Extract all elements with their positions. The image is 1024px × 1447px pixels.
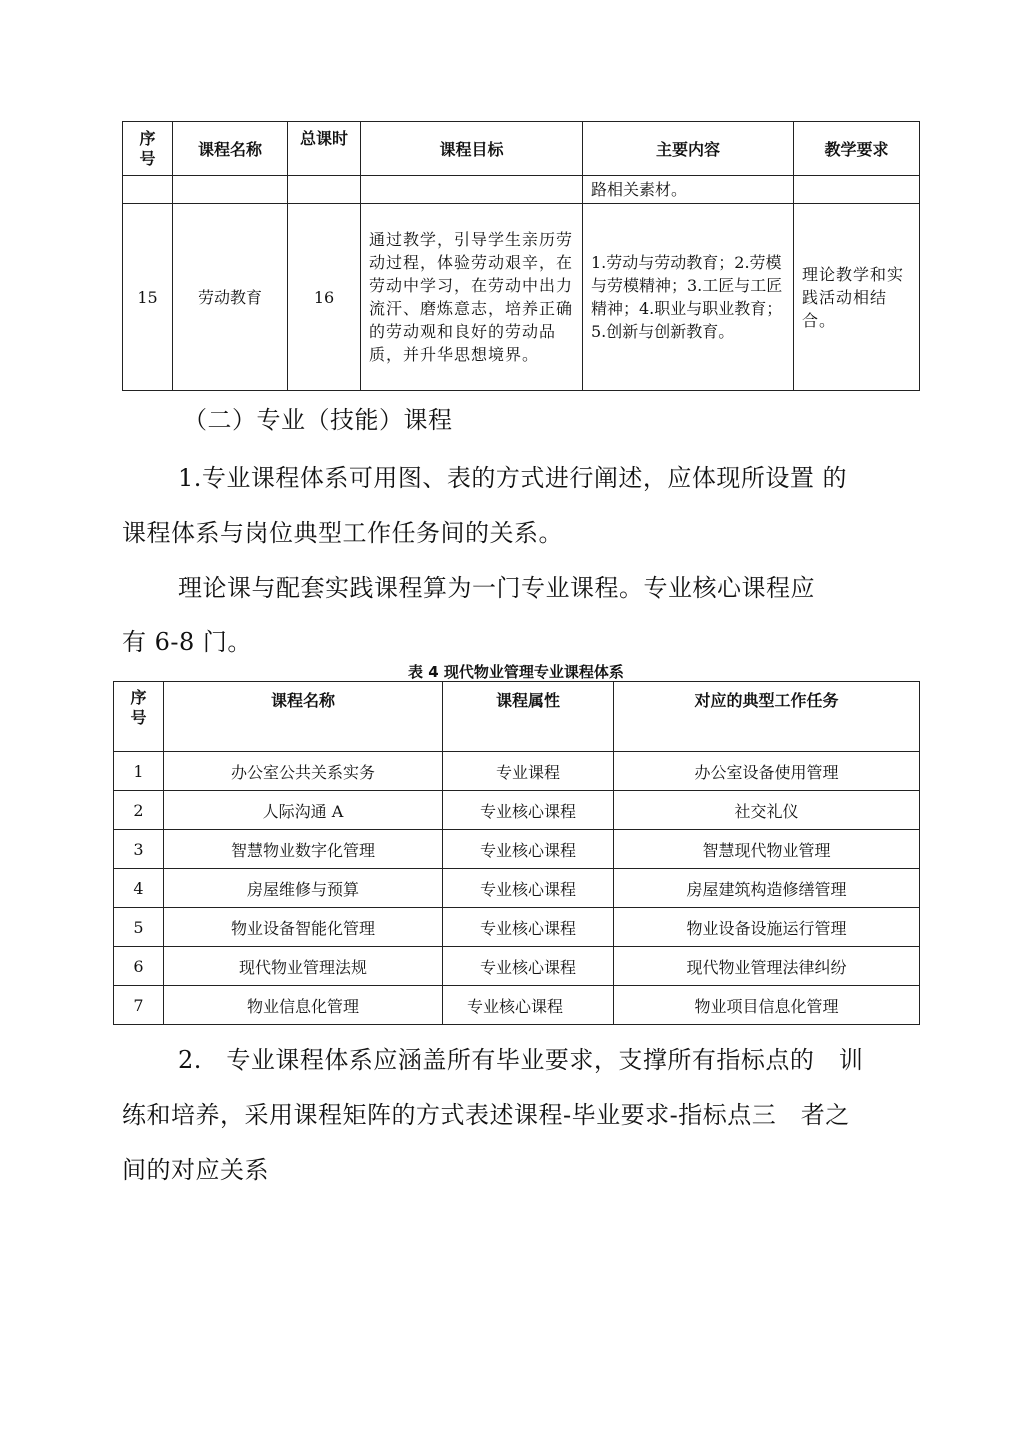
- row-content: 1.劳动与劳动教育；2.劳模与劳模精神；3.工匠与工匠精神；4.职业与职业教育；…: [583, 204, 794, 391]
- row-no: 15: [123, 204, 173, 391]
- row-task: 社交礼仪: [614, 791, 920, 830]
- header-name: 课程名称: [173, 122, 288, 176]
- table-row: 3 智慧物业数字化管理 专业核心课程 智慧现代物业管理: [114, 830, 920, 869]
- table-row: 4 房屋维修与预算 专业核心课程 房屋建筑构造修缮管理: [114, 869, 920, 908]
- table-row: 15 劳动教育 16 通过教学，引导学生亲历劳动过程，体验劳动艰辛，在劳动中学习…: [123, 204, 920, 391]
- table-row: 2 人际沟通 A 专业核心课程 社交礼仪: [114, 791, 920, 830]
- paragraph-3-line-3: 间的对应关系: [122, 1150, 269, 1185]
- paragraph-3-line-1: 2. 专业课程体系应涵盖所有毕业要求，支撑所有指标点的 训: [178, 1040, 863, 1075]
- header-no: 序号: [114, 682, 164, 752]
- course-system-table: 序号 课程名称 课程属性 对应的典型工作任务 1 办公室公共关系实务 专业课程 …: [113, 681, 920, 1025]
- header-type: 课程属性: [443, 682, 614, 752]
- row-type: 专业核心课程: [443, 791, 614, 830]
- row-no: 6: [114, 947, 164, 986]
- header-hours: 总课时: [288, 122, 361, 176]
- row-task: 物业项目信息化管理: [614, 986, 920, 1025]
- row-no: 5: [114, 908, 164, 947]
- paragraph-2-line-2: 有 6-8 门。: [122, 622, 252, 657]
- row-no: 3: [114, 830, 164, 869]
- table2-header-row: 序号 课程名称 课程属性 对应的典型工作任务: [114, 682, 920, 752]
- row-name: 现代物业管理法规: [164, 947, 443, 986]
- row-name: 人际沟通 A: [164, 791, 443, 830]
- row-type: 专业核心课程: [443, 869, 614, 908]
- paragraph-2-line-1: 理论课与配套实践课程算为一门专业课程。专业核心课程应: [178, 568, 815, 603]
- table-row: 5 物业设备智能化管理 专业核心课程 物业设备设施运行管理: [114, 908, 920, 947]
- row-type: 专业核心课程: [443, 908, 614, 947]
- row-no: 4: [114, 869, 164, 908]
- header-requirement: 教学要求: [794, 122, 920, 176]
- row-no: 1: [114, 752, 164, 791]
- header-goal: 课程目标: [361, 122, 583, 176]
- header-content: 主要内容: [583, 122, 794, 176]
- row-hours: 16: [288, 204, 361, 391]
- row-name: 物业设备智能化管理: [164, 908, 443, 947]
- row-requirement: 理论教学和实践活动相结合。: [794, 204, 920, 391]
- row-type: 专业核心课程: [443, 986, 614, 1025]
- paragraph-1-line-2: 课程体系与岗位典型工作任务间的关系。: [122, 513, 563, 548]
- section-heading: （二）专业（技能）课程: [183, 400, 453, 435]
- row-name: 物业信息化管理: [164, 986, 443, 1025]
- row-task: 办公室设备使用管理: [614, 752, 920, 791]
- row-no: 2: [114, 791, 164, 830]
- row-type: 专业核心课程: [443, 830, 614, 869]
- table1-header-row: 序号 课程名称 总课时 课程目标 主要内容 教学要求: [123, 122, 920, 176]
- paragraph-3-line-2: 练和培养，采用课程矩阵的方式表述课程-毕业要求-指标点三 者之: [122, 1095, 850, 1130]
- row-task: 智慧现代物业管理: [614, 830, 920, 869]
- header-task: 对应的典型工作任务: [614, 682, 920, 752]
- header-no: 序号: [123, 122, 173, 176]
- table-row: 6 现代物业管理法规 专业核心课程 现代物业管理法律纠纷: [114, 947, 920, 986]
- table-row: 路相关素材。: [123, 176, 920, 204]
- row-no: 7: [114, 986, 164, 1025]
- course-table-continued: 序号 课程名称 总课时 课程目标 主要内容 教学要求 路相关素材。 15 劳动教…: [122, 121, 920, 391]
- table-row: 1 办公室公共关系实务 专业课程 办公室设备使用管理: [114, 752, 920, 791]
- row-name: 劳动教育: [173, 204, 288, 391]
- row-name: 房屋维修与预算: [164, 869, 443, 908]
- row-name: 智慧物业数字化管理: [164, 830, 443, 869]
- row-task: 房屋建筑构造修缮管理: [614, 869, 920, 908]
- row-type: 专业核心课程: [443, 947, 614, 986]
- table-row: 7 物业信息化管理 专业核心课程 物业项目信息化管理: [114, 986, 920, 1025]
- row-name: 办公室公共关系实务: [164, 752, 443, 791]
- table-caption: 表 4 现代物业管理专业课程体系: [113, 661, 919, 682]
- content-cell: 路相关素材。: [583, 176, 794, 204]
- row-task: 物业设备设施运行管理: [614, 908, 920, 947]
- row-goal: 通过教学，引导学生亲历劳动过程，体验劳动艰辛，在劳动中学习，在劳动中出力流汗、磨…: [361, 204, 583, 391]
- paragraph-1-line-1: 1.专业课程体系可用图、表的方式进行阐述，应体现所设置 的: [178, 458, 847, 493]
- row-type: 专业课程: [443, 752, 614, 791]
- row-task: 现代物业管理法律纠纷: [614, 947, 920, 986]
- header-name: 课程名称: [164, 682, 443, 752]
